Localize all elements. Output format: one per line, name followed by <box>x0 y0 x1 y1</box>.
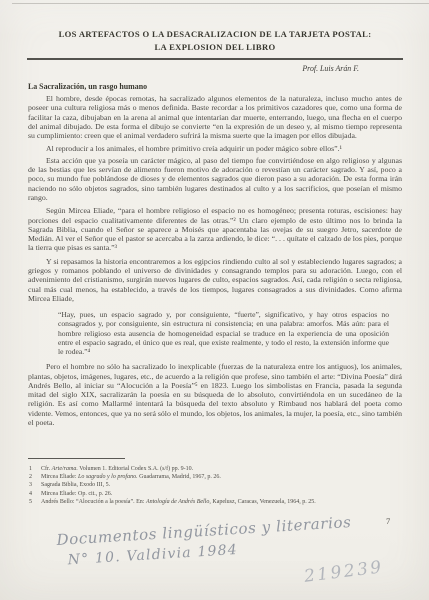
footnote-rule <box>28 458 125 459</box>
article-title: LOS ARTEFACTOS O LA DESACRALIZACION DE L… <box>28 28 402 54</box>
scanned-document-page: LOS ARTEFACTOS O LA DESACRALIZACION DE L… <box>0 0 429 600</box>
block-quotation: “Hay, pues, un espacio sagrado y, por co… <box>58 310 389 356</box>
footnote-text: Volumen 1. Editorial Codex S.A. (s/f) pp… <box>78 466 193 472</box>
body-paragraph: El hombre, desde épocas remotas, ha sacr… <box>28 94 402 140</box>
author-byline: Prof. Luis Arán F. <box>28 64 359 73</box>
footnote-text: Kapelusz, Caracas, Venezuela, 1964, p. 2… <box>211 499 316 505</box>
footnote-number: 2 <box>29 473 32 481</box>
footnote-number: 4 <box>29 490 32 498</box>
body-paragraph: Según Mircea Eliade, “para el hombre rel… <box>28 206 402 252</box>
body-paragraph: Y si repasamos la historia encontraremos… <box>28 257 402 303</box>
body-paragraph: Al reproducir a los animales, el hombre … <box>28 144 402 153</box>
article-body: El hombre, desde épocas remotas, ha sacr… <box>28 94 402 456</box>
footnote: 2Mircea Eliade: Lo sagrado y lo profano.… <box>28 473 402 481</box>
footnote-text: Cfr. <box>41 466 52 472</box>
scan-edge-artifact <box>12 3 429 4</box>
footnotes: 1Cfr. Arte/rama. Volumen 1. Editorial Co… <box>28 465 402 506</box>
footnote-title-italic: Arte/rama. <box>52 466 78 472</box>
footnote-text: Sagrada Biblia, Exodo III, 5. <box>41 482 110 488</box>
footnote-number: 1 <box>29 465 32 473</box>
footnote: 1Cfr. Arte/rama. Volumen 1. Editorial Co… <box>28 465 402 473</box>
article-title-line-1: LOS ARTEFACTOS O LA DESACRALIZACION DE L… <box>59 29 372 39</box>
footnote-text: Mircea Eliade: <box>41 474 78 480</box>
article-title-line-2: LA EXPLOSION DEL LIBRO <box>154 42 275 52</box>
header-rule <box>27 58 403 60</box>
footnote-text: Andrés Bello: “Alocución a la poesía”. E… <box>41 499 146 505</box>
page-number: 7 <box>386 516 390 526</box>
footnote-number: 3 <box>29 481 32 489</box>
body-paragraph: Pero el hombre no sólo ha sacralizado lo… <box>28 362 402 427</box>
section-heading: La Sacralización, un rasgo humano <box>28 82 147 91</box>
footnote-text: Guadarrama, Madrid, 1967, p. 26. <box>138 474 221 480</box>
handwritten-accession-number: 219239 <box>303 557 385 587</box>
footnote: 4Mircea Eliade: Op. cit., p. 26. <box>28 490 402 498</box>
footnote-text: Mircea Eliade: Op. cit., p. 26. <box>41 491 112 497</box>
footnote: 3Sagrada Biblia, Exodo III, 5. <box>28 481 402 489</box>
footnote: 5Andrés Bello: “Alocución a la poesía”. … <box>28 498 402 506</box>
footnote-title-italic: Antología de Andrés Bello, <box>146 499 211 505</box>
footnote-number: 5 <box>29 498 32 506</box>
footnote-title-italic: Lo sagrado y lo profano. <box>78 474 138 480</box>
body-paragraph: Esta acción que ya poseía un carácter má… <box>28 156 402 202</box>
handwritten-annotation: Documentos lingüísticos y literarios N° … <box>56 511 378 568</box>
